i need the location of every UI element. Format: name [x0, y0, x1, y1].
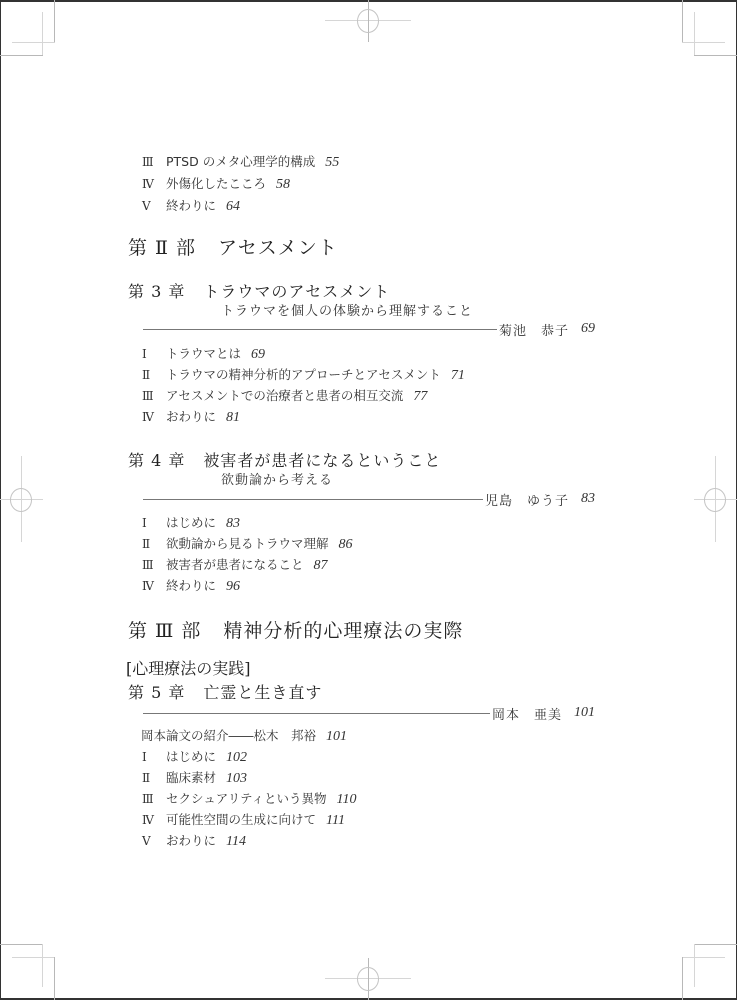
item-title: 臨床素材: [166, 770, 216, 785]
item-page: 110: [337, 792, 357, 807]
item-page: 86: [339, 537, 353, 552]
item-page: 87: [314, 558, 328, 573]
item-number: Ⅱ: [142, 537, 166, 551]
toc-item: Ⅲ被害者が患者になること87: [142, 555, 328, 574]
toc-item: Ⅰトラウマとは69: [142, 344, 265, 363]
item-number: Ⅱ: [142, 771, 166, 785]
chapter-page: 69: [581, 321, 595, 337]
item-title: 欲動論から見るトラウマ理解: [166, 536, 329, 551]
item-title: はじめに: [166, 515, 216, 530]
part-heading: 第 Ⅲ 部精神分析的心理療法の実際: [128, 616, 463, 643]
intro-page: 101: [326, 729, 347, 744]
item-title: 可能性空間の生成に向けて: [166, 812, 316, 827]
toc-item: Ⅳ可能性空間の生成に向けて111: [142, 810, 345, 829]
toc-item: Ⅱ欲動論から見るトラウマ理解86: [142, 534, 353, 553]
toc-item: Ⅴ終わりに64: [142, 196, 240, 215]
leader-rule: [143, 713, 490, 714]
item-number: Ⅴ: [142, 199, 166, 213]
item-title: はじめに: [166, 749, 216, 764]
chapter-byline: 菊池 恭子 69: [143, 320, 595, 338]
item-page: 64: [226, 199, 240, 214]
toc-item: Ⅰはじめに102: [142, 747, 247, 766]
item-number: Ⅲ: [142, 792, 166, 806]
item-number: Ⅲ: [142, 389, 166, 403]
part-label: 第 Ⅱ 部: [128, 237, 196, 259]
leader-rule: [143, 499, 483, 500]
item-number: Ⅰ: [142, 750, 166, 764]
item-page: 102: [226, 750, 247, 765]
part-label: 第 Ⅲ 部: [128, 620, 201, 642]
item-page: 96: [226, 579, 240, 594]
chapter-intro: 岡本論文の紹介――松木 邦裕101: [141, 726, 347, 745]
item-title: 被害者が患者になること: [166, 557, 304, 572]
item-page: 81: [226, 410, 240, 425]
item-number: Ⅲ: [142, 558, 166, 572]
chapter-label: 第 5 章: [128, 683, 185, 702]
intro-title: 岡本論文の紹介――松木 邦裕: [141, 728, 316, 743]
toc-item: Ⅴおわりに114: [142, 831, 246, 850]
toc-item: Ⅱトラウマの精神分析的アプローチとアセスメント71: [142, 365, 465, 384]
chapter-label: 第 4 章: [128, 451, 185, 470]
toc-item: Ⅱ臨床素材103: [142, 768, 247, 787]
item-number: Ⅰ: [142, 347, 166, 361]
item-page: 114: [226, 834, 246, 849]
item-number: Ⅲ: [142, 155, 166, 169]
toc-item: Ⅲアセスメントでの治療者と患者の相互交流77: [142, 386, 427, 405]
toc-item: Ⅰはじめに83: [142, 513, 240, 532]
item-title: おわりに: [166, 833, 216, 848]
toc-item: Ⅲセクシュアリティという異物110: [142, 789, 356, 808]
chapter-heading: 第 3 章トラウマのアセスメント: [128, 279, 390, 302]
item-page: 55: [325, 155, 339, 170]
item-number: Ⅳ: [142, 579, 166, 593]
item-page: 111: [326, 813, 345, 828]
part-title: アセスメント: [218, 237, 338, 259]
chapter-heading: 第 5 章亡霊と生き直す: [128, 680, 322, 703]
toc-item: Ⅳ外傷化したこころ58: [142, 174, 290, 193]
item-page: 58: [276, 177, 290, 192]
chapter-title: トラウマのアセスメント: [203, 282, 390, 301]
chapter-byline: 児島 ゆう子 83: [143, 490, 595, 508]
chapter-title: 亡霊と生き直す: [203, 683, 322, 702]
part-heading: 第 Ⅱ 部アセスメント: [128, 233, 338, 260]
item-page: 69: [251, 347, 265, 362]
chapter-page: 101: [574, 705, 595, 721]
author-name: 児島 ゆう子: [485, 490, 569, 509]
item-number: Ⅱ: [142, 368, 166, 382]
item-title: トラウマとは: [166, 346, 241, 361]
item-page: 77: [413, 389, 427, 404]
author-name: 岡本 亜美: [492, 704, 562, 723]
item-number: Ⅳ: [142, 177, 166, 191]
chapter-label: 第 3 章: [128, 282, 185, 301]
item-title: PTSD のメタ心理学的構成: [166, 154, 315, 169]
chapter-subtitle: 欲動論から考える: [221, 469, 333, 488]
item-title: トラウマの精神分析的アプローチとアセスメント: [166, 367, 441, 382]
item-number: Ⅳ: [142, 813, 166, 827]
chapter-subtitle: トラウマを個人の体験から理解すること: [221, 300, 473, 319]
toc-item: ⅢPTSD のメタ心理学的構成55: [142, 152, 339, 171]
item-title: セクシュアリティという異物: [166, 791, 327, 806]
chapter-heading: 第 4 章被害者が患者になるということ: [128, 448, 441, 471]
item-title: 外傷化したこころ: [166, 176, 266, 191]
item-number: Ⅴ: [142, 834, 166, 848]
chapter-byline: 岡本 亜美 101: [143, 704, 595, 722]
chapter-page: 83: [581, 491, 595, 507]
item-page: 83: [226, 516, 240, 531]
item-title: 終わりに: [166, 578, 216, 593]
part-title: 精神分析的心理療法の実際: [223, 620, 463, 642]
author-name: 菊池 恭子: [499, 320, 569, 339]
section-label: [心理療法の実践]: [126, 656, 251, 679]
toc-item: Ⅳ終わりに96: [142, 576, 240, 595]
item-title: 終わりに: [166, 198, 216, 213]
toc-item: Ⅳおわりに81: [142, 407, 240, 426]
leader-rule: [143, 329, 497, 330]
item-number: Ⅰ: [142, 516, 166, 530]
item-page: 103: [226, 771, 247, 786]
item-title: おわりに: [166, 409, 216, 424]
table-of-contents: ⅢPTSD のメタ心理学的構成55 Ⅳ外傷化したこころ58 Ⅴ終わりに64 第 …: [0, 0, 737, 1000]
chapter-title: 被害者が患者になるということ: [203, 451, 441, 470]
item-title: アセスメントでの治療者と患者の相互交流: [166, 388, 403, 403]
item-page: 71: [451, 368, 465, 383]
item-number: Ⅳ: [142, 410, 166, 424]
